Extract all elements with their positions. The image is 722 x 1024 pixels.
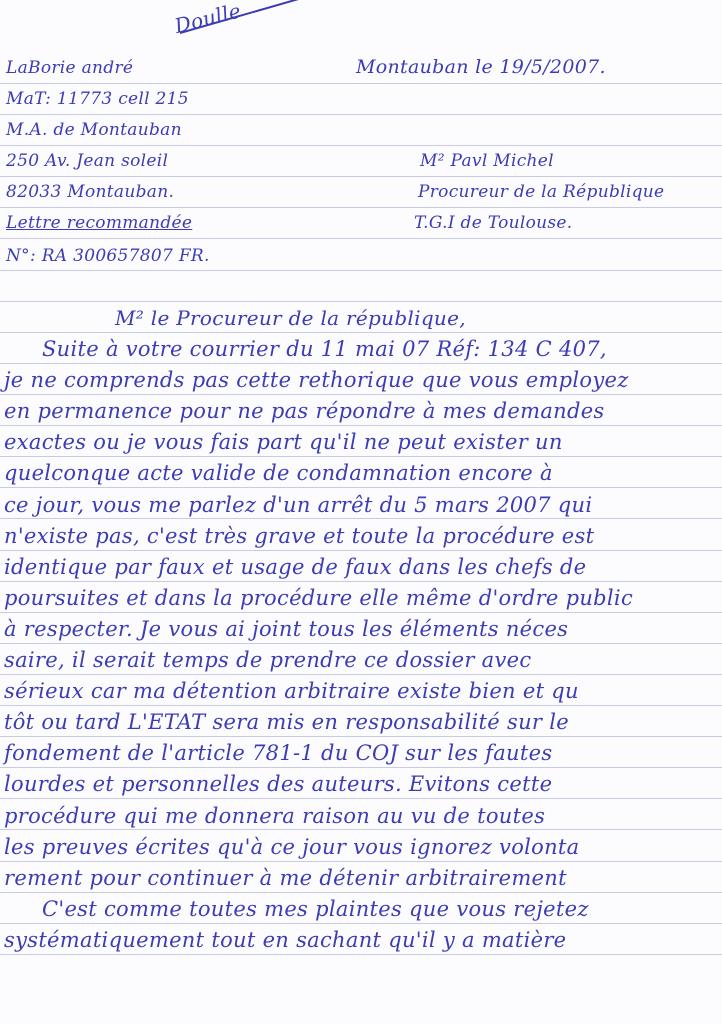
ruled-line: [0, 301, 722, 302]
ruled-line: [0, 612, 722, 613]
ruled-line: [0, 923, 722, 924]
letter-page: Doulle LaBorie andré MaT: 11773 cell 215…: [0, 0, 722, 1024]
body-line: lourdes et personnelles des auteurs. Evi…: [4, 772, 552, 796]
body-line: rement pour continuer à me détenir arbit…: [4, 866, 567, 890]
ruled-line: [0, 736, 722, 737]
ruled-line: [0, 518, 722, 519]
recipient-name: M² Pavl Michel: [420, 151, 554, 171]
ruled-line: [0, 581, 722, 582]
recipient-court: T.G.I de Toulouse.: [414, 213, 573, 233]
ruled-line: [0, 550, 722, 551]
body-line: à respecter. Je vous ai joint tous les é…: [4, 617, 568, 641]
ruled-line: [0, 332, 722, 333]
ruled-line: [0, 487, 722, 488]
ruled-line: [0, 176, 722, 177]
ruled-line: [0, 456, 722, 457]
ruled-line: [0, 207, 722, 208]
recipient-title: Procureur de la République: [418, 182, 664, 202]
sender-street: 250 Av. Jean soleil: [6, 151, 168, 171]
ruled-line: [0, 270, 722, 271]
ruled-line: [0, 829, 722, 830]
body-line: procédure qui me donnera raison au vu de…: [4, 804, 545, 828]
body-line: exactes ou je vous fais part qu'il ne pe…: [4, 430, 563, 454]
body-line: saire, il serait temps de prendre ce dos…: [4, 648, 531, 672]
ruled-line: [0, 83, 722, 84]
ruled-line: [0, 674, 722, 675]
body-line: Suite à votre courrier du 11 mai 07 Réf:…: [42, 337, 607, 361]
body-line: poursuites et dans la procédure elle mêm…: [4, 586, 633, 610]
ruled-line: [0, 861, 722, 862]
ruled-line: [0, 643, 722, 644]
ruled-line: [0, 954, 722, 955]
place-date: Montauban le 19/5/2007.: [356, 56, 606, 78]
body-line: je ne comprends pas cette rethorique que…: [4, 368, 629, 392]
ruled-line: [0, 238, 722, 239]
sender-inmate-number: MaT: 11773 cell 215: [6, 89, 189, 109]
sender-institution: M.A. de Montauban: [6, 120, 182, 140]
body-line: identique par faux et usage de faux dans…: [4, 555, 586, 579]
ruled-line: [0, 145, 722, 146]
ruled-line: [0, 892, 722, 893]
body-line: en permanence pour ne pas répondre à mes…: [4, 399, 605, 423]
registered-letter-label: Lettre recommandée: [6, 213, 192, 233]
body-line: systématiquement tout en sachant qu'il y…: [4, 928, 566, 952]
body-line: les preuves écrites qu'à ce jour vous ig…: [4, 835, 580, 859]
body-line: n'existe pas, c'est très grave et toute …: [4, 524, 594, 548]
body-line: tôt ou tard L'ETAT sera mis en responsab…: [4, 710, 569, 734]
ruled-line: [0, 114, 722, 115]
sender-name: LaBorie andré: [6, 58, 133, 78]
ruled-line: [0, 798, 722, 799]
body-line: fondement de l'article 781-1 du COJ sur …: [4, 741, 552, 765]
ruled-line: [0, 705, 722, 706]
registered-letter-number: N°: RA 300657807 FR.: [6, 246, 210, 266]
ruled-line: [0, 394, 722, 395]
body-line: quelconque acte valide de condamnation e…: [4, 461, 553, 485]
ruled-line: [0, 425, 722, 426]
ruled-line: [0, 363, 722, 364]
sender-city: 82033 Montauban.: [6, 182, 174, 202]
body-line: C'est comme toutes mes plaintes que vous…: [42, 897, 589, 921]
body-line: ce jour, vous me parlez d'un arrêt du 5 …: [4, 493, 592, 517]
body-line: sérieux car ma détention arbitraire exis…: [4, 679, 579, 703]
salutation: M² le Procureur de la république,: [115, 306, 466, 330]
ruled-line: [0, 767, 722, 768]
